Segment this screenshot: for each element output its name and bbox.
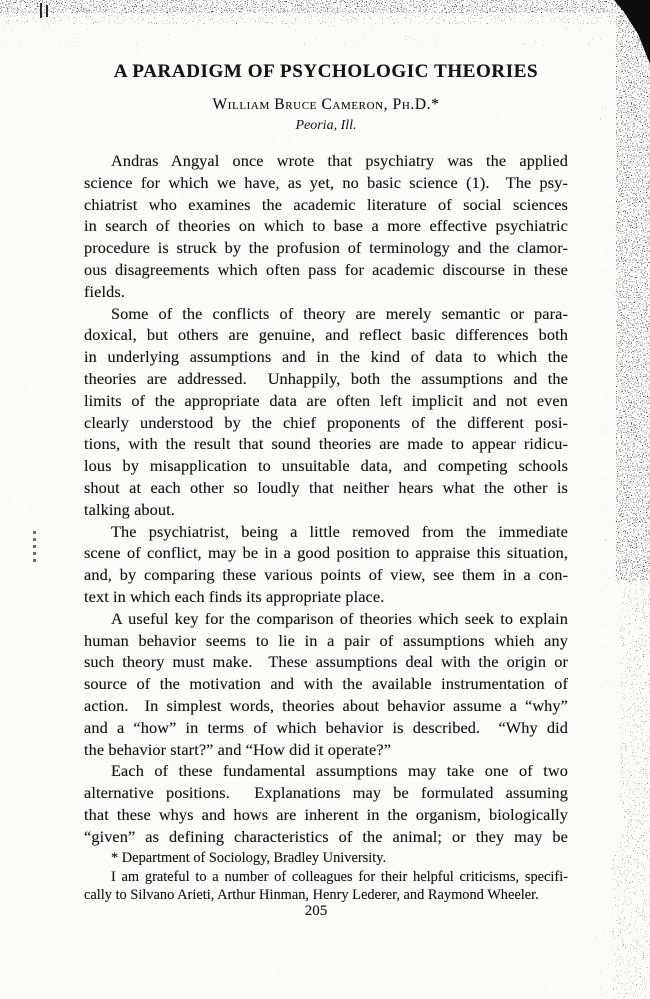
text-line: lous by misapplication to unsuitable dat…	[84, 455, 568, 477]
text-line: action. In simplest words, theories abou…	[84, 695, 568, 717]
footnote-line: I am grateful to a number of colleagues …	[84, 868, 568, 887]
text-line: A useful key for the comparison of theor…	[84, 608, 568, 630]
text-line: in underlying assumptions and in the kin…	[84, 346, 568, 368]
text-line: doxical, but others are genuine, and ref…	[84, 324, 568, 346]
text-line: The psychiatrist, being a little removed…	[84, 521, 568, 543]
text-line: limits of the appropriate data are often…	[84, 390, 568, 412]
text-line: alternative positions. Explanations may …	[84, 782, 568, 804]
article-author: William Bruce Cameron, Ph.D.*	[84, 96, 568, 114]
text-line: and a “how” in terms of which behavior i…	[84, 717, 568, 739]
right-edge-noise	[600, 0, 622, 700]
text-line: scene of conflict, may be in a good posi…	[84, 542, 568, 564]
corner-shade	[614, 0, 650, 64]
article-location: Peoria, Ill.	[84, 118, 568, 134]
top-tick-mark	[46, 5, 48, 17]
text-line: tions, with the result that sound theori…	[84, 433, 568, 455]
text-line: science for which we have, as yet, no ba…	[84, 172, 568, 194]
paragraph: Andras Angyal once wrote that psychiatry…	[84, 150, 568, 303]
paragraph: Some of the conflicts of theory are mere…	[84, 303, 568, 521]
right-edge-noise	[620, 560, 650, 860]
text-line: and, by comparing these various points o…	[84, 564, 568, 586]
text-line: clearly understood by the chief proponen…	[84, 412, 568, 434]
paragraph: Each of these fundamental assumptions ma…	[84, 760, 568, 847]
text-line: shout at each other so loudly that neith…	[84, 477, 568, 499]
text-line: text in which each finds its appropriate…	[84, 586, 568, 608]
article-body: Andras Angyal once wrote that psychiatry…	[84, 150, 568, 848]
right-edge-noise	[612, 850, 650, 999]
paragraph: The psychiatrist, being a little removed…	[84, 521, 568, 608]
footnote-block: * Department of Sociology, Bradley Unive…	[84, 849, 568, 905]
bottom-right-noise	[596, 930, 650, 999]
text-line: “given” as defining characteristics of t…	[84, 826, 568, 848]
article-header: A PARADIGM OF PSYCHOLOGIC THEORIES Willi…	[84, 61, 568, 134]
text-line: fields.	[84, 281, 568, 303]
text-line: chiatrist who examines the academic lite…	[84, 194, 568, 216]
footnote-line: cally to Silvano Arieti, Arthur Hinman, …	[84, 886, 568, 905]
top-edge-noise	[0, 0, 650, 13]
footnote-line: * Department of Sociology, Bradley Unive…	[84, 849, 568, 868]
top-edge-noise	[0, 20, 650, 46]
text-line: theories are addressed. Unhappily, both …	[84, 368, 568, 390]
text-line: talking about.	[84, 499, 568, 521]
top-edge-noise	[0, 8, 650, 24]
text-line: Andras Angyal once wrote that psychiatry…	[84, 150, 568, 172]
text-line: procedure is struck by the profusion of …	[84, 237, 568, 259]
text-line: Some of the conflicts of theory are mere…	[84, 303, 568, 325]
paragraph: A useful key for the comparison of theor…	[84, 608, 568, 761]
margin-pencil-mark	[33, 531, 36, 563]
text-line: human behavior seems to lie in a pair of…	[84, 630, 568, 652]
text-line: source of the motivation and with the av…	[84, 673, 568, 695]
text-line: Each of these fundamental assumptions ma…	[84, 760, 568, 782]
article-title: A PARADIGM OF PSYCHOLOGIC THEORIES	[84, 61, 568, 83]
scanned-page: A PARADIGM OF PSYCHOLOGIC THEORIES Willi…	[0, 0, 650, 999]
text-line: that these whys and hows are inherent in…	[84, 804, 568, 826]
text-line: the behavior start?” and “How did it ope…	[84, 739, 568, 761]
text-line: ous disagreements which often pass for a…	[84, 259, 568, 281]
page-number: 205	[84, 903, 548, 920]
text-line: such theory must make. These assumptions…	[84, 651, 568, 673]
top-tick-mark	[40, 3, 42, 18]
right-edge-noise	[616, 0, 650, 580]
text-line: in search of theories on which to base a…	[84, 215, 568, 237]
